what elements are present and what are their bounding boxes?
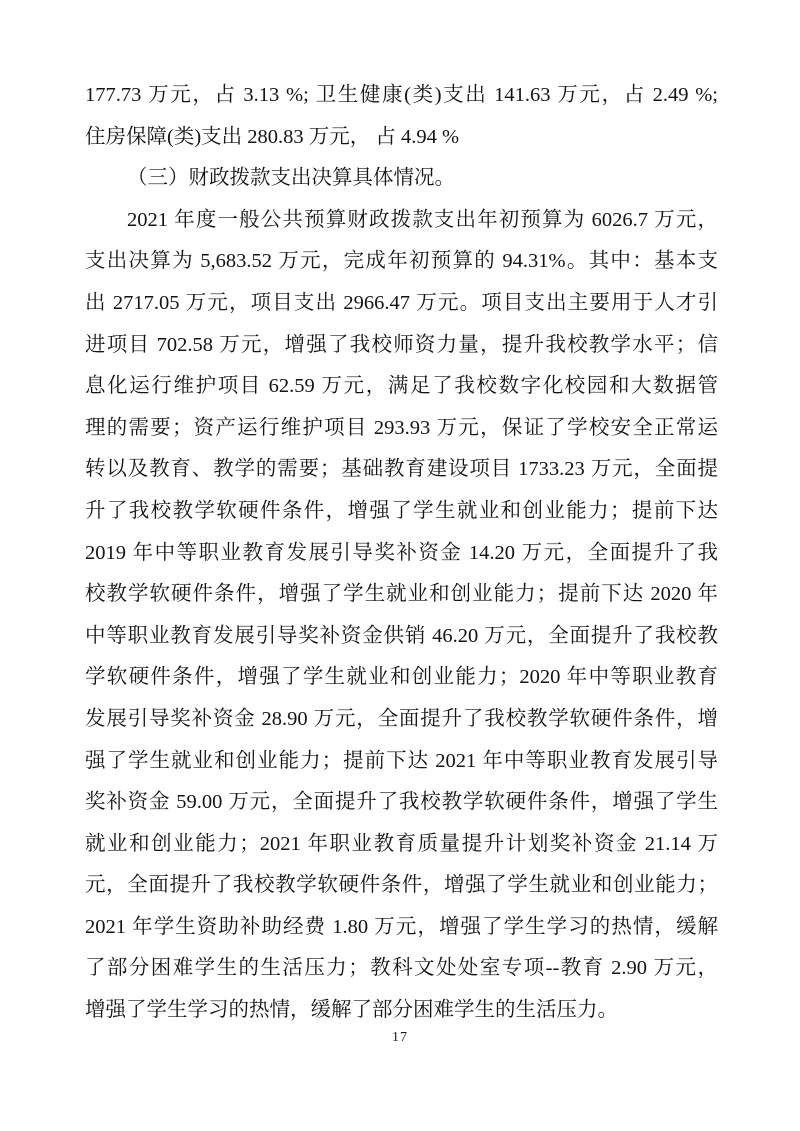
text-line: 支出决算为 5,683.52 万元，完成年初预算的 94.31%。其中：基本支 — [85, 241, 718, 283]
text-line: 发展引导奖补资金 28.90 万元，全面提升了我校教学软硬件条件，增 — [85, 699, 718, 741]
text-line: 进项目 702.58 万元，增强了我校师资力量，提升我校教学水平；信 — [85, 325, 718, 367]
text-line: 息化运行维护项目 62.59 万元，满足了我校数字化校园和大数据管 — [85, 366, 718, 408]
text-line: 住房保障(类)支出 280.83 万元， 占 4.94 % — [85, 117, 718, 159]
text-line: 了部分困难学生的生活压力；教科文处处室专项--教育 2.90 万元， — [85, 948, 718, 990]
document-body: 177.73 万元，占 3.13 %; 卫生健康(类)支出 141.63 万元，… — [85, 75, 718, 1032]
section-heading: （三）财政拨款支出决算具体情况。 — [85, 158, 718, 200]
text-line: 元，全面提升了我校教学软硬件条件，增强了学生就业和创业能力； — [85, 865, 718, 907]
page-number: 17 — [0, 1030, 800, 1046]
text-line: 增强了学生学习的热情，缓解了部分困难学生的生活压力。 — [85, 990, 718, 1032]
text-line: 177.73 万元，占 3.13 %; 卫生健康(类)支出 141.63 万元，… — [85, 75, 718, 117]
text-line: 就业和创业能力；2021 年职业教育质量提升计划奖补资金 21.14 万 — [85, 824, 718, 866]
text-line: 转以及教育、教学的需要；基础教育建设项目 1733.23 万元，全面提 — [85, 449, 718, 491]
text-line: 中等职业教育发展引导奖补资金供销 46.20 万元，全面提升了我校教 — [85, 616, 718, 658]
document-page: 177.73 万元，占 3.13 %; 卫生健康(类)支出 141.63 万元，… — [0, 0, 800, 1131]
text-line: 2021 年度一般公共预算财政拨款支出年初预算为 6026.7 万元， — [85, 200, 718, 242]
text-line: 升了我校教学软硬件条件，增强了学生就业和创业能力；提前下达 — [85, 491, 718, 533]
text-line: 出 2717.05 万元，项目支出 2966.47 万元。项目支出主要用于人才引 — [85, 283, 718, 325]
text-line: 2019 年中等职业教育发展引导奖补资金 14.20 万元，全面提升了我 — [85, 533, 718, 575]
text-line: 2021 年学生资助补助经费 1.80 万元，增强了学生学习的热情，缓解 — [85, 907, 718, 949]
text-line: 学软硬件条件，增强了学生就业和创业能力；2020 年中等职业教育 — [85, 657, 718, 699]
text-line: 理的需要；资产运行维护项目 293.93 万元，保证了学校安全正常运 — [85, 408, 718, 450]
text-line: 校教学软硬件条件，增强了学生就业和创业能力；提前下达 2020 年 — [85, 574, 718, 616]
text-line: 强了学生就业和创业能力；提前下达 2021 年中等职业教育发展引导 — [85, 741, 718, 783]
text-line: 奖补资金 59.00 万元，全面提升了我校教学软硬件条件，增强了学生 — [85, 782, 718, 824]
